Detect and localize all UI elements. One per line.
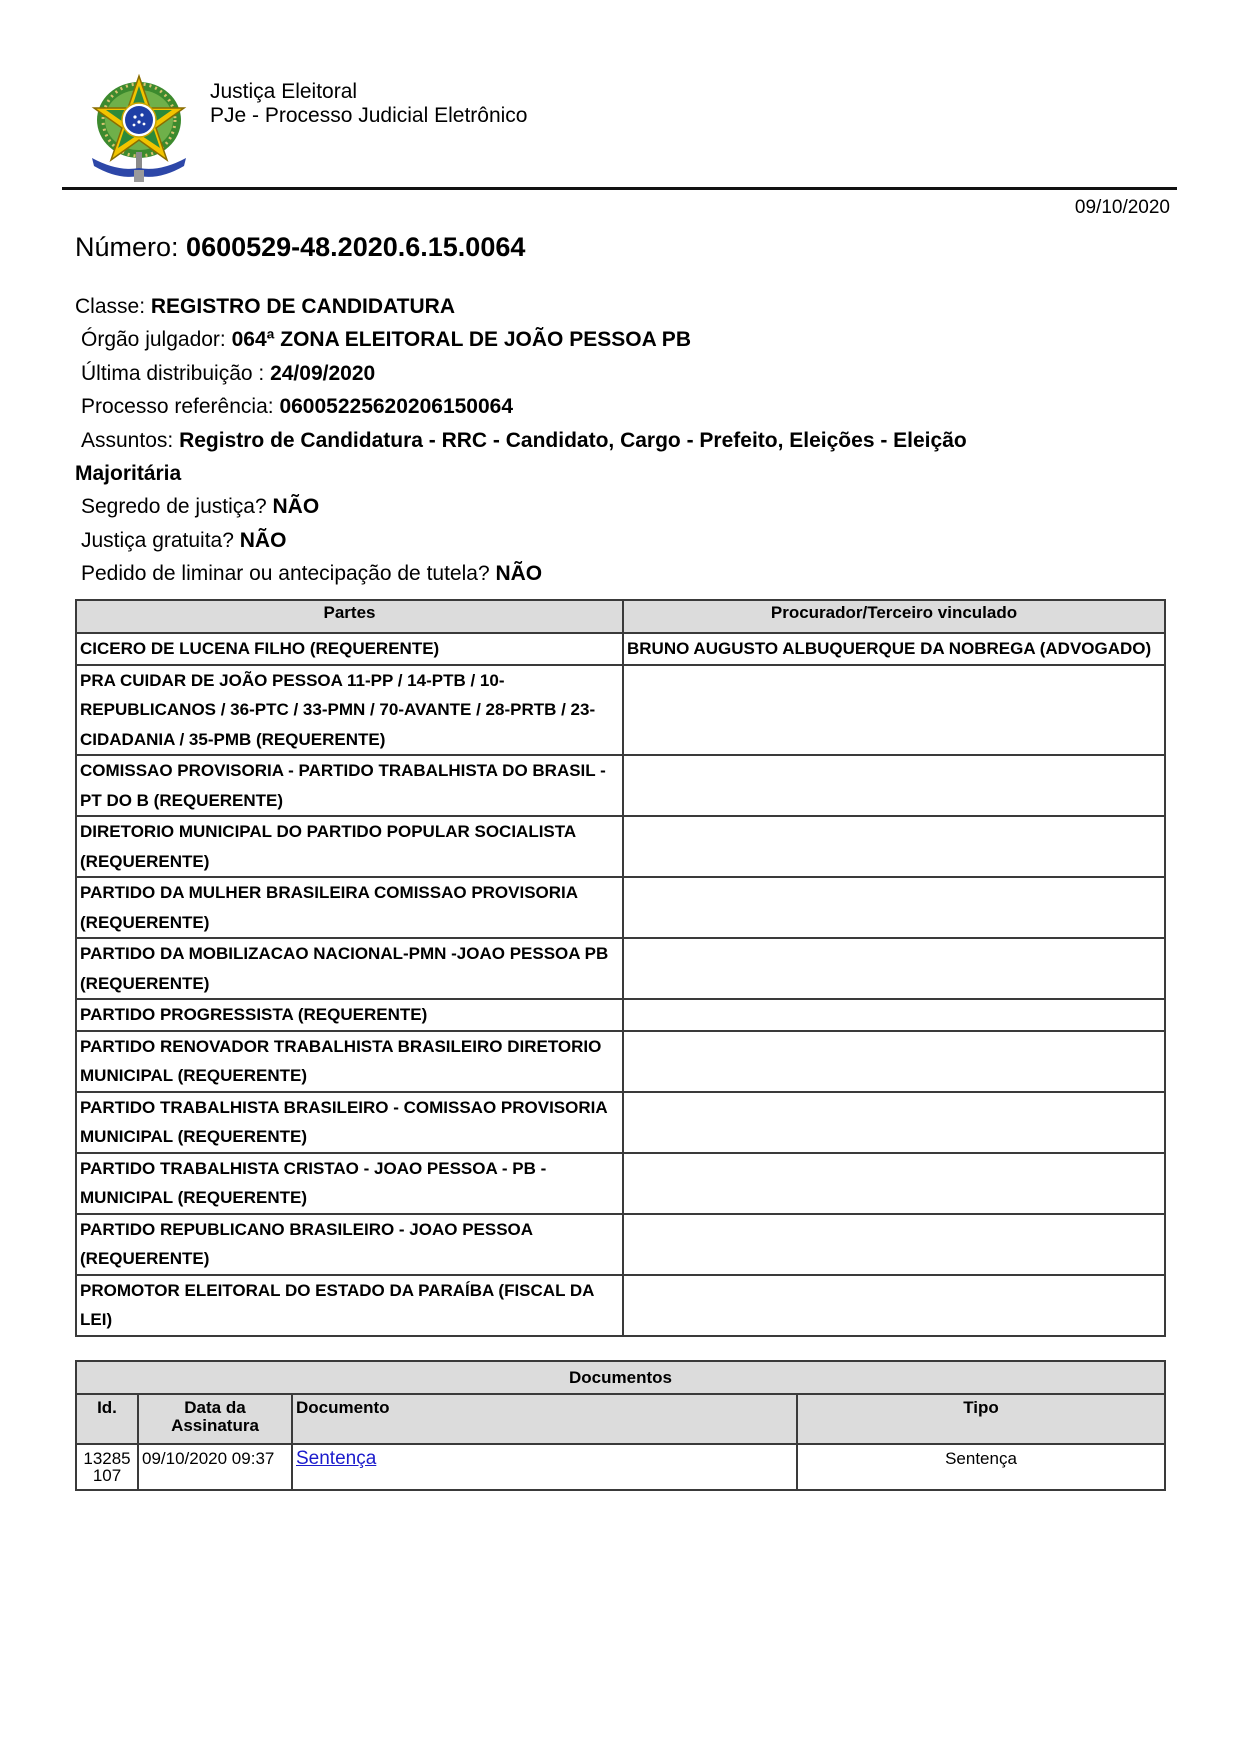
column-header-procurador: Procurador/Terceiro vinculado xyxy=(623,600,1165,633)
system-name: PJe - Processo Judicial Eletrônico xyxy=(210,104,527,128)
partes-table: Partes Procurador/Terceiro vinculado CIC… xyxy=(75,599,1166,1337)
brasao-logo-icon xyxy=(88,72,190,184)
process-number-label: Número: xyxy=(75,232,179,262)
parte-cell: DIRETORIO MUNICIPAL DO PARTIDO POPULAR S… xyxy=(76,816,623,877)
table-row: PARTIDO TRABALHISTA CRISTAO - JOAO PESSO… xyxy=(76,1153,1165,1214)
column-header-id: Id. xyxy=(76,1394,138,1444)
parte-cell: PARTIDO DA MOBILIZACAO NACIONAL-PMN -JOA… xyxy=(76,938,623,999)
procurador-cell xyxy=(623,938,1165,999)
column-header-tipo: Tipo xyxy=(797,1394,1165,1444)
procurador-cell: BRUNO AUGUSTO ALBUQUERQUE DA NOBREGA (AD… xyxy=(623,633,1165,665)
field-orgao-julgador: Órgão julgador: 064ª ZONA ELEITORAL DE J… xyxy=(75,323,1175,356)
header-divider xyxy=(62,187,1177,190)
table-row: PARTIDO DA MOBILIZACAO NACIONAL-PMN -JOA… xyxy=(76,938,1165,999)
parte-cell: COMISSAO PROVISORIA - PARTIDO TRABALHIST… xyxy=(76,755,623,816)
table-row: COMISSAO PROVISORIA - PARTIDO TRABALHIST… xyxy=(76,755,1165,816)
procurador-cell xyxy=(623,1092,1165,1153)
procurador-cell xyxy=(623,755,1165,816)
procurador-cell xyxy=(623,665,1165,756)
process-number: Número: 0600529-48.2020.6.15.0064 xyxy=(75,232,525,263)
table-row: DIRETORIO MUNICIPAL DO PARTIDO POPULAR S… xyxy=(76,816,1165,877)
table-row: PARTIDO TRABALHISTA BRASILEIRO - COMISSA… xyxy=(76,1092,1165,1153)
procurador-cell xyxy=(623,1153,1165,1214)
field-ultima-distribuicao: Última distribuição : 24/09/2020 xyxy=(75,357,1175,390)
field-segredo-justica: Segredo de justiça? NÃO xyxy=(75,490,1175,523)
table-row: PARTIDO DA MULHER BRASILEIRA COMISSAO PR… xyxy=(76,877,1165,938)
parte-cell: PRA CUIDAR DE JOÃO PESSOA 11-PP / 14-PTB… xyxy=(76,665,623,756)
column-header-partes: Partes xyxy=(76,600,623,633)
document-type: Sentença xyxy=(797,1444,1165,1490)
document-cell: Sentença xyxy=(292,1444,797,1490)
table-row: PRA CUIDAR DE JOÃO PESSOA 11-PP / 14-PTB… xyxy=(76,665,1165,756)
parte-cell: PROMOTOR ELEITORAL DO ESTADO DA PARAÍBA … xyxy=(76,1275,623,1336)
field-pedido-liminar: Pedido de liminar ou antecipação de tute… xyxy=(75,557,1175,590)
procurador-cell xyxy=(623,877,1165,938)
procurador-cell xyxy=(623,999,1165,1031)
column-header-data-assinatura: Data da Assinatura xyxy=(138,1394,292,1444)
table-row: 13285107 09/10/2020 09:37 Sentença Sente… xyxy=(76,1444,1165,1490)
documentos-table: Documentos Id. Data da Assinatura Docume… xyxy=(75,1360,1166,1491)
partes-header-row: Partes Procurador/Terceiro vinculado xyxy=(76,600,1165,633)
header-titles: Justiça Eleitoral PJe - Processo Judicia… xyxy=(210,80,527,128)
field-assuntos-continued: Majoritária xyxy=(75,457,1175,490)
parte-cell: PARTIDO RENOVADOR TRABALHISTA BRASILEIRO… xyxy=(76,1031,623,1092)
parte-cell: PARTIDO PROGRESSISTA (REQUERENTE) xyxy=(76,999,623,1031)
field-justica-gratuita: Justiça gratuita? NÃO xyxy=(75,524,1175,557)
field-assuntos: Assuntos: Registro de Candidatura - RRC … xyxy=(75,424,1175,457)
print-date: 09/10/2020 xyxy=(1075,197,1170,219)
procurador-cell xyxy=(623,816,1165,877)
field-processo-referencia: Processo referência: 0600522562020615006… xyxy=(75,390,1175,423)
table-row: PARTIDO REPUBLICANO BRASILEIRO - JOAO PE… xyxy=(76,1214,1165,1275)
parte-cell: CICERO DE LUCENA FILHO (REQUERENTE) xyxy=(76,633,623,665)
parte-cell: PARTIDO TRABALHISTA CRISTAO - JOAO PESSO… xyxy=(76,1153,623,1214)
document-signature-date: 09/10/2020 09:37 xyxy=(138,1444,292,1490)
document-link[interactable]: Sentença xyxy=(296,1448,376,1469)
documentos-title: Documentos xyxy=(76,1361,1165,1394)
parte-cell: PARTIDO DA MULHER BRASILEIRA COMISSAO PR… xyxy=(76,877,623,938)
parte-cell: PARTIDO REPUBLICANO BRASILEIRO - JOAO PE… xyxy=(76,1214,623,1275)
field-classe: Classe: REGISTRO DE CANDIDATURA xyxy=(75,290,1175,323)
procurador-cell xyxy=(623,1214,1165,1275)
parte-cell: PARTIDO TRABALHISTA BRASILEIRO - COMISSA… xyxy=(76,1092,623,1153)
process-info: Classe: REGISTRO DE CANDIDATURA Órgão ju… xyxy=(75,290,1175,591)
column-header-documento: Documento xyxy=(292,1394,797,1444)
table-row: CICERO DE LUCENA FILHO (REQUERENTE)BRUNO… xyxy=(76,633,1165,665)
table-row: PARTIDO PROGRESSISTA (REQUERENTE) xyxy=(76,999,1165,1031)
document-id: 13285107 xyxy=(76,1444,138,1490)
table-row: PARTIDO RENOVADOR TRABALHISTA BRASILEIRO… xyxy=(76,1031,1165,1092)
procurador-cell xyxy=(623,1275,1165,1336)
documentos-header-row: Id. Data da Assinatura Documento Tipo xyxy=(76,1394,1165,1444)
org-name: Justiça Eleitoral xyxy=(210,80,527,104)
process-number-value: 0600529-48.2020.6.15.0064 xyxy=(186,232,525,262)
documentos-title-row: Documentos xyxy=(76,1361,1165,1394)
procurador-cell xyxy=(623,1031,1165,1092)
table-row: PROMOTOR ELEITORAL DO ESTADO DA PARAÍBA … xyxy=(76,1275,1165,1336)
